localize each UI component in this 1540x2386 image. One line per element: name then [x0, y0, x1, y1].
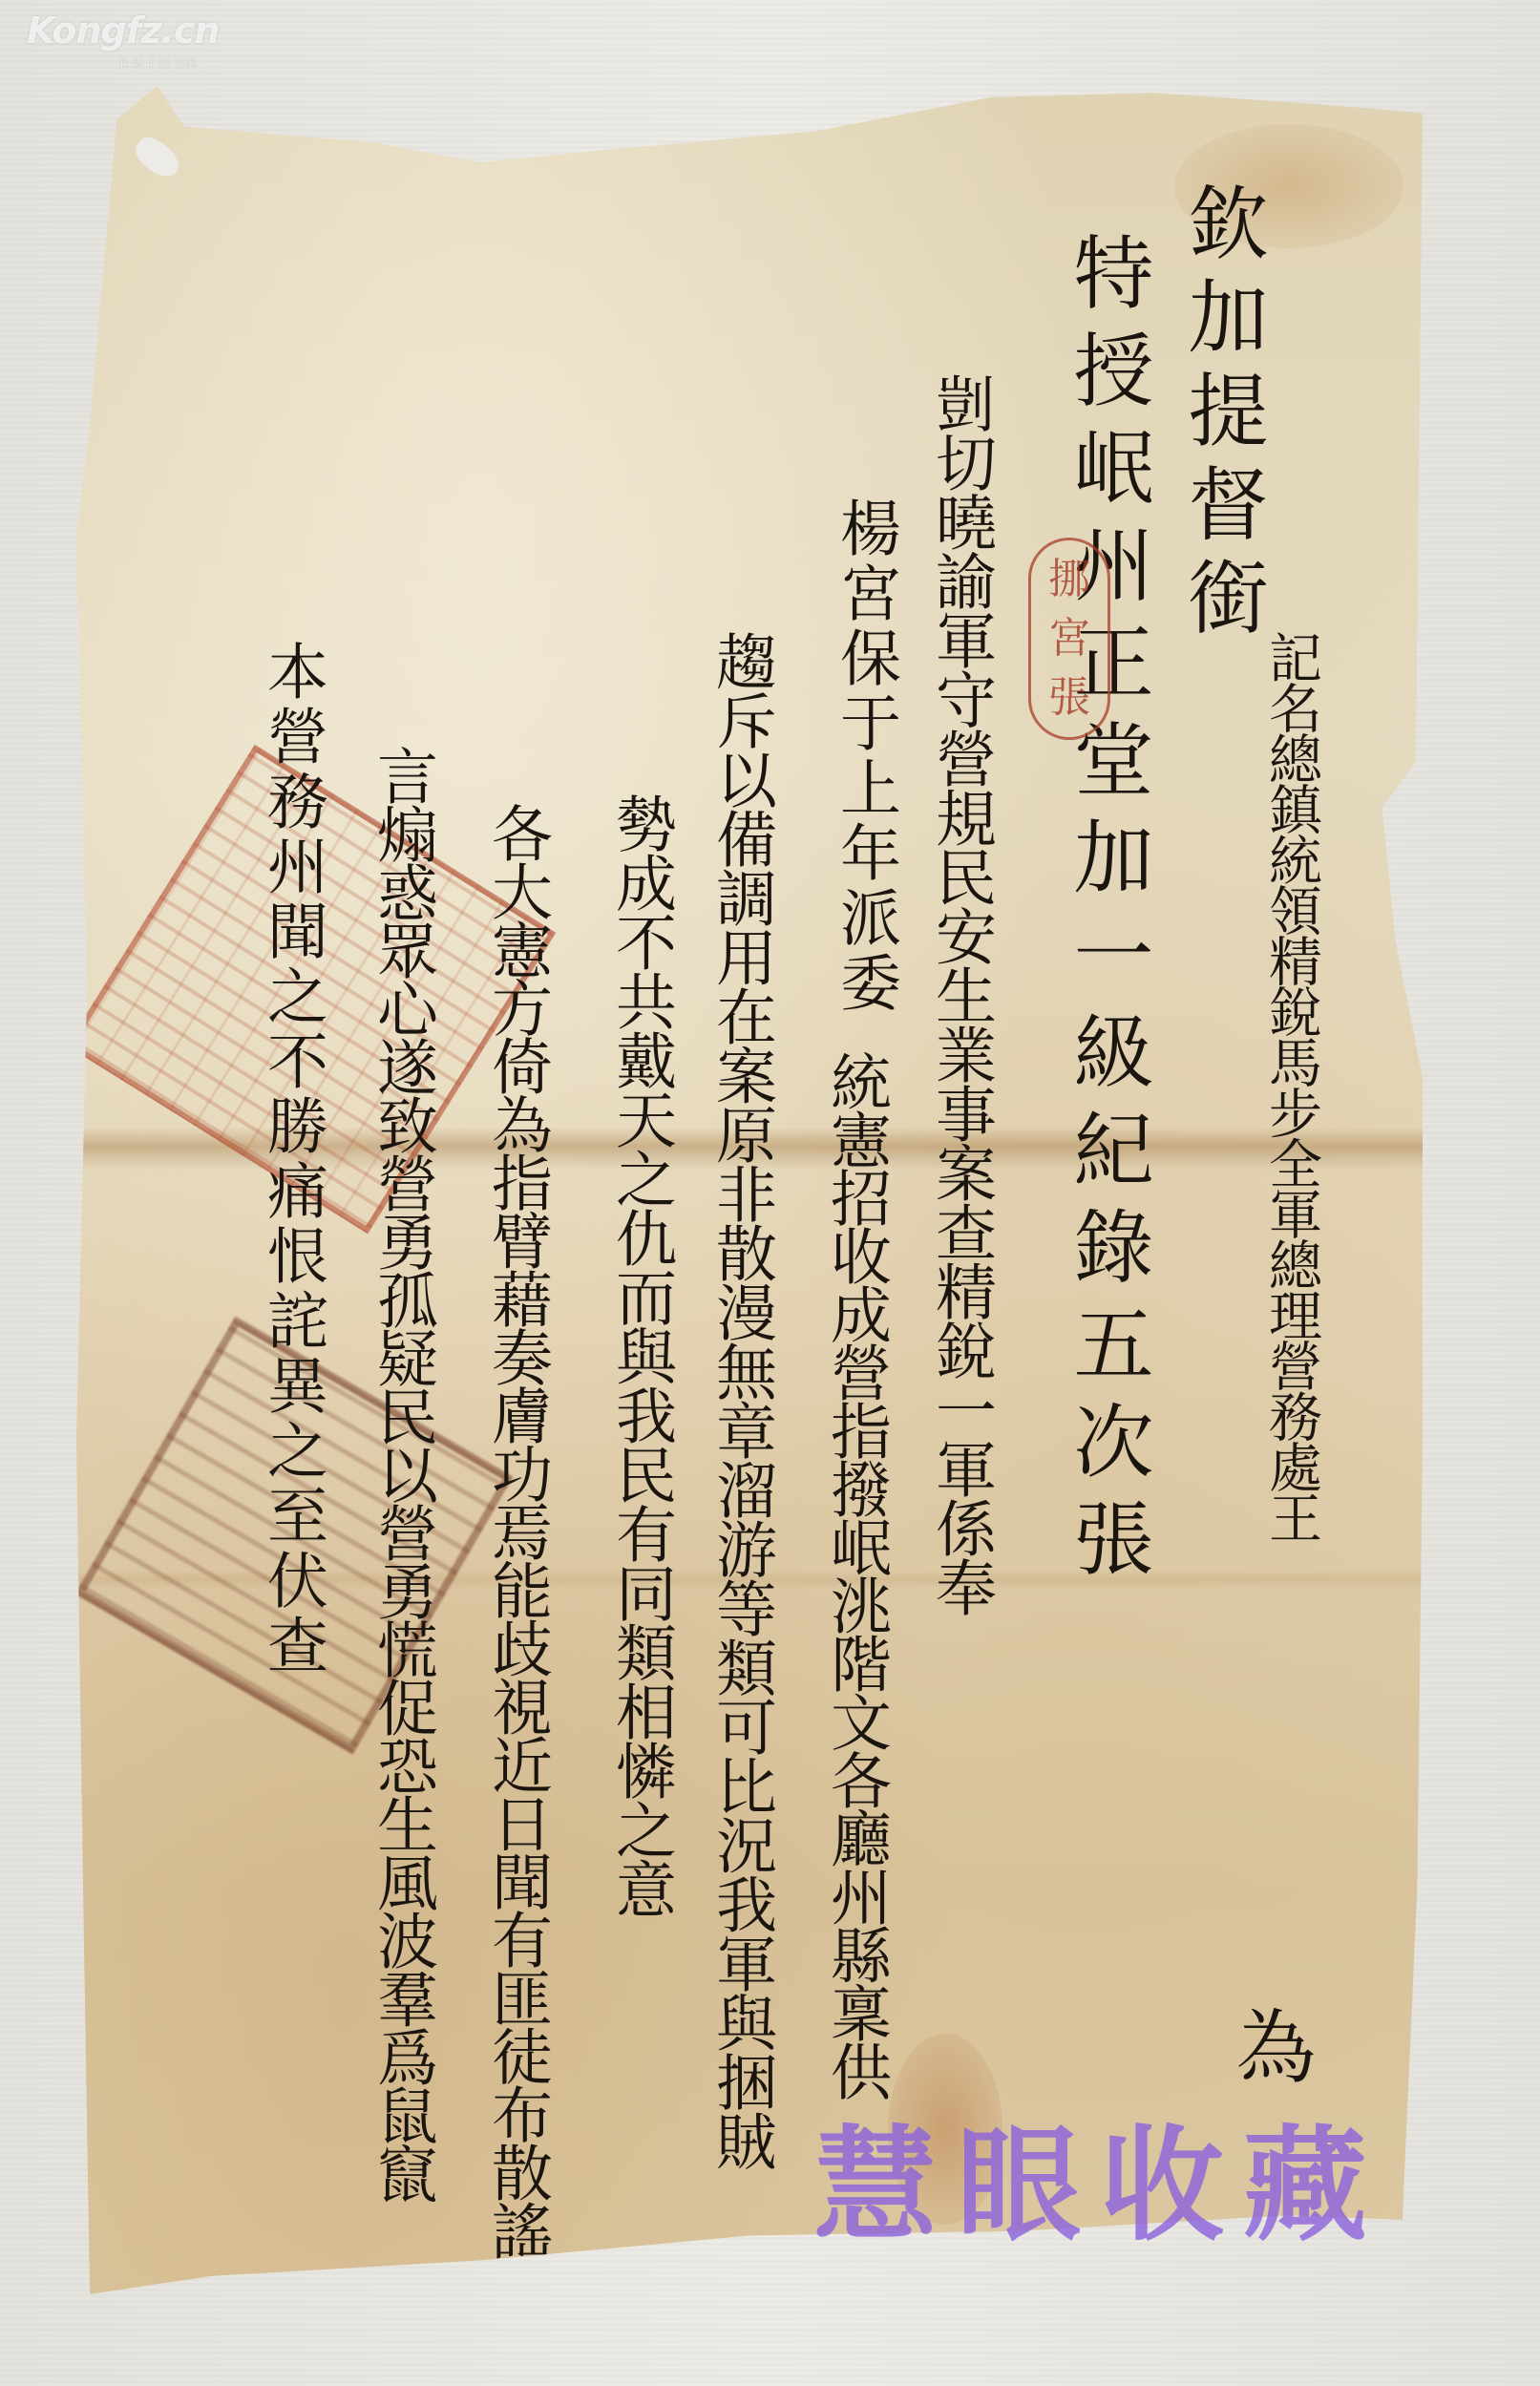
document-paper: 欽加提督銜 記名總鎮統領精銳馬步全軍總理營務處王 特授岷州正堂加一級紀錄五次張 … — [76, 86, 1423, 2339]
text-column-3: 特授岷州正堂加一級紀錄五次張 — [1050, 231, 1166, 1594]
seal-char: 宮 — [1048, 618, 1090, 660]
site-watermark: Kongfz.cn 孔夫子旧书网 — [27, 6, 275, 73]
text-column-9: 勢成不共戴天之仇而與我民有同類相憐之意 — [597, 792, 685, 1917]
text-column-1: 欽加提督銜 — [1165, 181, 1280, 649]
text-column-6: 楊宮保于上年派委 — [821, 496, 909, 1016]
collector-watermark: 慧眼收藏 — [813, 2086, 1386, 2265]
text-column-5: 剴切曉諭軍守營規民安生業事案查精銳一軍係奉 — [917, 372, 1004, 1615]
oval-seal-stamp: 挪 宮 張 — [1028, 538, 1110, 740]
text-column-7: 統憲招收成營指撥岷洮階文各廳州縣稟供 — [812, 1050, 899, 2099]
seal-char: 挪 — [1048, 559, 1090, 601]
text-column-12: 本營務州聞之不勝痛恨詫異之至伏查 — [248, 640, 336, 1679]
site-watermark-subtitle: 孔夫子旧书网 — [118, 53, 199, 72]
text-column-11: 言煽惑眾心遂致營勇孤疑民以營勇慌促恐生風波羣爲鼠竄 — [358, 745, 446, 2201]
text-column-2: 記名總鎮統領精銳馬步全軍總理營務處王 — [1253, 630, 1329, 1541]
paper-hole — [130, 132, 185, 182]
site-watermark-logo: Kongfz.cn — [27, 10, 219, 52]
text-column-4: 為 — [1213, 2005, 1328, 2099]
text-column-10: 各大憲方倚為指臂藉奏膚功焉能歧視近日聞有匪徒布散謠 — [473, 802, 560, 2258]
seal-char: 張 — [1048, 677, 1090, 719]
text-column-8: 趨斥以備調用在案原非散漫無章溜游等類可比況我軍與捆賊 — [697, 630, 785, 2169]
